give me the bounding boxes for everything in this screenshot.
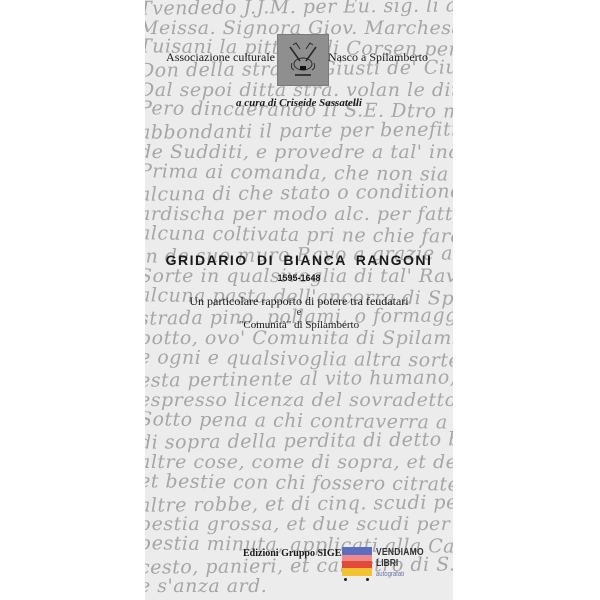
subtitle-line-2: e bbox=[145, 307, 453, 318]
association-name: Associazione culturale bbox=[145, 50, 275, 65]
cart-wheel-icon bbox=[366, 578, 369, 581]
curator-credit: a cura di Criseide Sassatelli bbox=[145, 97, 453, 109]
book-title: GRIDARIO DI BIANCA RANGONI bbox=[145, 252, 453, 268]
badge-text-autografati: autografati bbox=[376, 571, 404, 578]
association-emblem-icon bbox=[277, 34, 329, 86]
badge-text-vendiamo: VENDIAMO bbox=[376, 547, 424, 558]
book-years: 1595-1648 bbox=[145, 273, 453, 283]
cart-wheel-icon bbox=[344, 578, 347, 581]
emblem-glyph-icon bbox=[278, 35, 328, 85]
badge-text-libri: LIBRI bbox=[376, 558, 398, 569]
book-cover: Tvendedo J.J.M. per Eu. sig. li ag.Meiss… bbox=[145, 0, 453, 600]
vendiamo-libri-badge[interactable]: VENDIAMO LIBRI autografati bbox=[340, 547, 438, 583]
cover-content: Associazione culturale Nasco a Spilamber… bbox=[145, 0, 453, 600]
subtitle-line-3: "Comunità" di Spilamberto bbox=[145, 319, 453, 331]
association-motto: Nasco a Spilamberto bbox=[328, 50, 453, 65]
shopping-cart-flag-icon bbox=[340, 547, 374, 579]
flag-stripe-blue bbox=[342, 547, 372, 555]
publisher-name: Edizioni Gruppo SIGEM bbox=[243, 548, 351, 559]
flag-stripe-yellow bbox=[342, 568, 372, 576]
